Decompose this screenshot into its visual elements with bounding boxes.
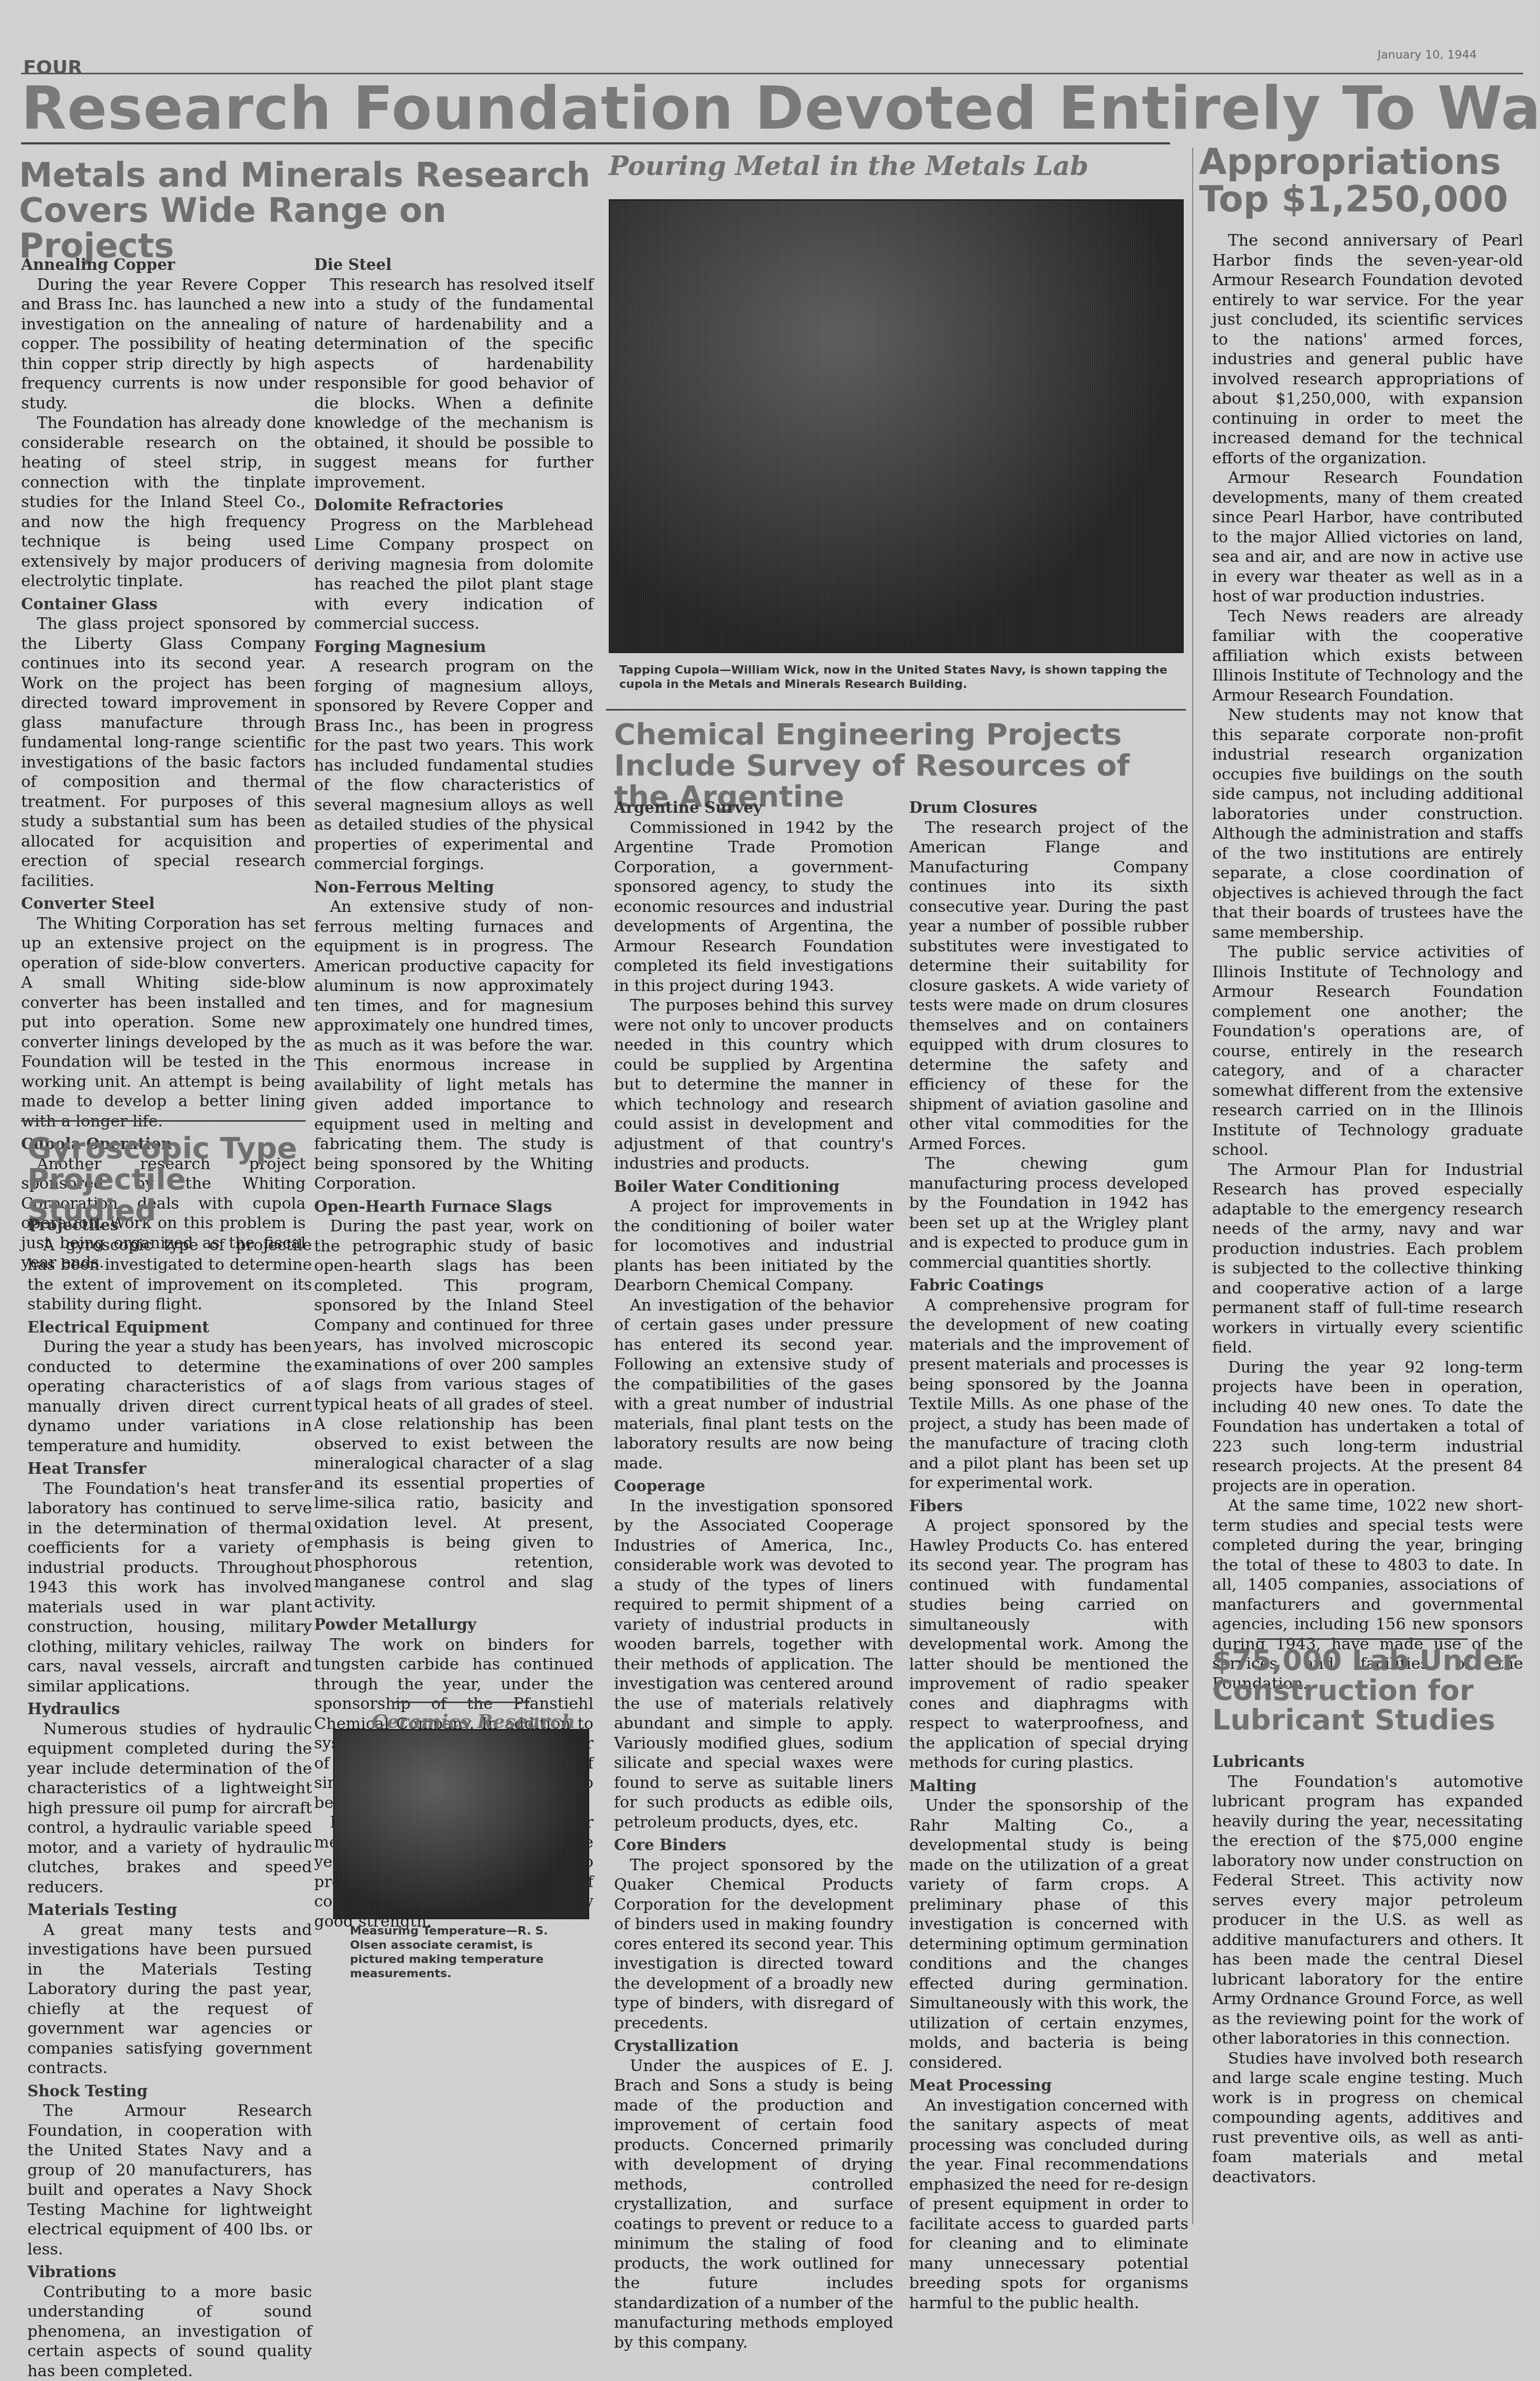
banner-headline: Research Foundation Devoted Entirely To …	[21, 79, 1518, 138]
paragraph: The Foundation's automotive lubricant pr…	[1212, 1772, 1523, 2049]
paragraph: Armour Research Foundation developments,…	[1212, 468, 1523, 607]
paragraph: The Armour Plan for Industrial Research …	[1212, 1160, 1523, 1358]
subhead: Cooperage	[614, 1476, 893, 1496]
subhead: Converter Steel	[21, 894, 306, 914]
paragraph: A research program on the forging of mag…	[314, 657, 593, 874]
issue-date: January 10, 1944	[1378, 48, 1477, 62]
paragraph: The chewing gum manufacturing process de…	[909, 1154, 1188, 1272]
subhead: Shock Testing	[27, 2082, 312, 2102]
banner-rule	[21, 142, 1170, 144]
subhead: Container Glass	[21, 595, 306, 615]
subhead: Annealing Copper	[21, 255, 306, 275]
paragraph: Under the sponsorship of the Rahr Maltin…	[909, 1796, 1188, 2073]
section-rule	[606, 709, 1186, 711]
subhead: Dolomite Refractories	[314, 495, 593, 516]
newspaper-page: FOUR January 10, 1944 Research Foundatio…	[0, 0, 1540, 2238]
subhead: Materials Testing	[27, 1900, 312, 1920]
chem-column-2: Drum ClosuresThe research project of the…	[909, 795, 1188, 2238]
subhead: Meat Processing	[909, 2076, 1188, 2096]
paragraph: The research project of the American Fla…	[909, 818, 1188, 1154]
paragraph: The glass project sponsored by the Liber…	[21, 614, 306, 891]
subhead: Fabric Coatings	[909, 1276, 1188, 1296]
metals-photo-caption: Tapping Cupola—William Wick, now in the …	[619, 663, 1167, 692]
paragraph: During the past year, work on the petrog…	[314, 1217, 593, 1612]
subhead: Argentine Survey	[614, 798, 893, 818]
paragraph: A gyroscopic type of projectile has been…	[27, 1236, 312, 1315]
subhead: Heat Transfer	[27, 1459, 312, 1479]
paragraph: This research has resolved itself into a…	[314, 275, 593, 493]
paragraph: The Whiting Corporation has set up an ex…	[21, 914, 306, 1132]
subhead: Hydraulics	[27, 1699, 312, 1719]
metals-photo-title: Pouring Metal in the Metals Lab	[609, 150, 1088, 181]
subhead: Lubricants	[1212, 1752, 1523, 1772]
subhead: Drum Closures	[909, 798, 1188, 818]
paragraph: The Foundation has already done consider…	[21, 413, 306, 591]
paragraph: New students may not know that this sepa…	[1212, 705, 1523, 942]
paragraph: An extensive study of non-ferrous meltin…	[314, 897, 593, 1194]
appropriations-headline: Appropriations Top $1,250,000	[1199, 143, 1526, 219]
appropriations-column: The second anniversary of Pearl Harbor f…	[1212, 231, 1523, 1694]
metals-column-2: Die SteelThis research has resolved itse…	[314, 252, 593, 1931]
section-rule	[21, 1120, 306, 1122]
lab-headline: $75,000 Lab Under Construction for Lubri…	[1212, 1646, 1528, 1735]
paragraph: An investigation concerned with the sani…	[909, 2096, 1188, 2239]
subhead: Forging Magnesium	[314, 637, 593, 657]
paragraph: During the year a study has been conduct…	[27, 1337, 312, 1456]
paragraph: A project for improvements in the condit…	[614, 1197, 893, 1296]
subhead: Non-Ferrous Melting	[314, 878, 593, 898]
metals-headline: Metals and Minerals Research Covers Wide…	[19, 158, 593, 265]
subhead: Projectiles	[27, 1216, 312, 1236]
masthead-rule	[21, 57, 1523, 74]
paragraph: Progress on the Marblehead Lime Company …	[314, 516, 593, 634]
gyro-column: ProjectilesA gyroscopic type of projecti…	[27, 1212, 312, 2238]
paragraph: A comprehensive program for the developm…	[909, 1296, 1188, 1493]
subhead: Core Binders	[614, 1835, 893, 1855]
ceramics-photo-caption: Measuring Temperature—R. S. Olsen associ…	[350, 1924, 582, 1981]
ceramics-photo	[333, 1729, 589, 1919]
subhead: Die Steel	[314, 255, 593, 275]
paragraph: A project sponsored by the Hawley Produc…	[909, 1516, 1188, 1773]
subhead: Malting	[909, 1776, 1188, 1796]
paragraph: The Armour Research Foundation, in coope…	[27, 2101, 312, 2238]
subhead: Electrical Equipment	[27, 1318, 312, 1338]
paragraph: An investigation of the behavior of cert…	[614, 1296, 893, 1474]
subhead: Fibers	[909, 1496, 1188, 1517]
metals-lab-photo	[609, 199, 1184, 653]
paragraph: Commissioned in 1942 by the Argentine Tr…	[614, 818, 893, 996]
paragraph: The project sponsored by the Quaker Chem…	[614, 1855, 893, 2034]
paragraph: Under the auspices of E. J. Brach and So…	[614, 2056, 893, 2239]
paragraph: During the year Revere Copper and Brass …	[21, 275, 306, 414]
paragraph: In the investigation sponsored by the As…	[614, 1496, 893, 1833]
paragraph: Studies have involved both research and …	[1212, 2049, 1523, 2188]
paragraph: The public service activities of Illinoi…	[1212, 942, 1523, 1160]
column-divider	[1192, 148, 1193, 2224]
paragraph: During the year 92 long-term projects ha…	[1212, 1358, 1523, 1496]
section-rule	[393, 1702, 530, 1703]
subhead: Crystallization	[614, 2036, 893, 2056]
paragraph: The second anniversary of Pearl Harbor f…	[1212, 231, 1523, 468]
paragraph: The purposes behind this survey were not…	[614, 996, 893, 1174]
paragraph: Tech News readers are already familiar w…	[1212, 607, 1523, 706]
subhead: Powder Metallurgy	[314, 1615, 593, 1635]
chem-column-1: Argentine SurveyCommissioned in 1942 by …	[614, 795, 893, 2238]
lab-column: LubricantsThe Foundation's automotive lu…	[1212, 1749, 1523, 2187]
paragraph: A great many tests and investigations ha…	[27, 1920, 312, 2078]
subhead: Open-Hearth Furnace Slags	[314, 1197, 593, 1217]
section-rule	[1257, 1638, 1468, 1640]
paragraph: The Foundation's heat transfer laborator…	[27, 1479, 312, 1697]
paragraph: Numerous studies of hydraulic equipment …	[27, 1719, 312, 1898]
subhead: Boiler Water Conditioning	[614, 1177, 893, 1197]
